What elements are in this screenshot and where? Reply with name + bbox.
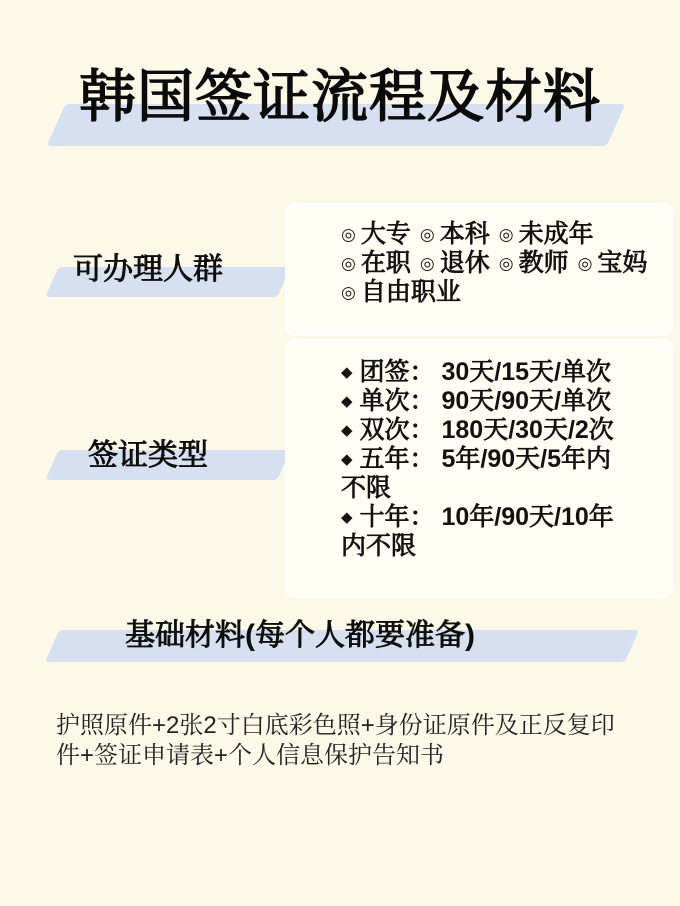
ring-bullet-icon: ◎ bbox=[578, 254, 593, 273]
visa-types-card: ◆团签： 30天/15天/单次 ◆单次： 90天/90天/单次 ◆双次： 180… bbox=[285, 339, 673, 598]
ring-bullet-icon: ◎ bbox=[420, 254, 435, 273]
audience-term: 大专 bbox=[361, 220, 411, 248]
ring-bullet-icon: ◎ bbox=[341, 254, 356, 273]
visa-type-text: 单次： 90天/90天/单次 bbox=[360, 387, 611, 415]
diamond-bullet-icon: ◆ bbox=[341, 451, 353, 468]
visa-type-item: ◆团签： 30天/15天/单次 bbox=[341, 358, 659, 387]
audience-term: 本科 bbox=[440, 220, 490, 248]
visa-type-text: 十年： 10年/90天/10年 内不限 bbox=[341, 503, 614, 560]
audience-line: ◎在职◎退休◎教师◎宝妈 bbox=[341, 249, 661, 278]
visa-type-text: 五年： 5年/90天/5年内 不限 bbox=[341, 445, 611, 502]
visa-type-item: ◆十年： 10年/90天/10年 内不限 bbox=[341, 503, 659, 561]
audience-card: ◎大专◎本科◎未成年 ◎在职◎退休◎教师◎宝妈 ◎自由职业 bbox=[285, 203, 673, 336]
infographic-page: 韩国签证流程及材料 可办理人群 ◎大专◎本科◎未成年 ◎在职◎退休◎教师◎宝妈 … bbox=[0, 0, 680, 906]
visa-type-item: ◆单次： 90天/90天/单次 bbox=[341, 387, 659, 416]
audience-line: ◎大专◎本科◎未成年 bbox=[341, 220, 661, 249]
audience-term: 在职 bbox=[361, 249, 411, 277]
diamond-bullet-icon: ◆ bbox=[341, 364, 353, 381]
diamond-bullet-icon: ◆ bbox=[341, 509, 353, 526]
audience-label: 可办理人群 bbox=[0, 244, 296, 288]
ring-bullet-icon: ◎ bbox=[499, 254, 514, 273]
ring-bullet-icon: ◎ bbox=[499, 225, 514, 244]
audience-term: 退休 bbox=[440, 249, 490, 277]
materials-header: 基础材料(每个人都要准备) bbox=[0, 610, 600, 654]
audience-term: 自由职业 bbox=[361, 278, 461, 306]
materials-body-text: 护照原件+2张2寸白底彩色照+身份证原件及正反复印 件+签证申请表+个人信息保护… bbox=[56, 711, 641, 770]
audience-term: 教师 bbox=[519, 249, 569, 277]
visa-type-item: ◆双次： 180天/30天/2次 bbox=[341, 416, 659, 445]
diamond-bullet-icon: ◆ bbox=[341, 422, 353, 439]
ring-bullet-icon: ◎ bbox=[341, 225, 356, 244]
page-title: 韩国签证流程及材料 bbox=[0, 60, 680, 134]
audience-line: ◎自由职业 bbox=[341, 278, 661, 307]
ring-bullet-icon: ◎ bbox=[341, 283, 356, 302]
audience-term: 未成年 bbox=[519, 220, 594, 248]
visa-types-label: 签证类型 bbox=[0, 430, 296, 474]
ring-bullet-icon: ◎ bbox=[420, 225, 435, 244]
diamond-bullet-icon: ◆ bbox=[341, 393, 353, 410]
visa-type-text: 双次： 180天/30天/2次 bbox=[360, 416, 614, 444]
audience-term: 宝妈 bbox=[597, 249, 647, 277]
visa-type-text: 团签： 30天/15天/单次 bbox=[360, 358, 611, 386]
visa-type-item: ◆五年： 5年/90天/5年内 不限 bbox=[341, 445, 659, 503]
